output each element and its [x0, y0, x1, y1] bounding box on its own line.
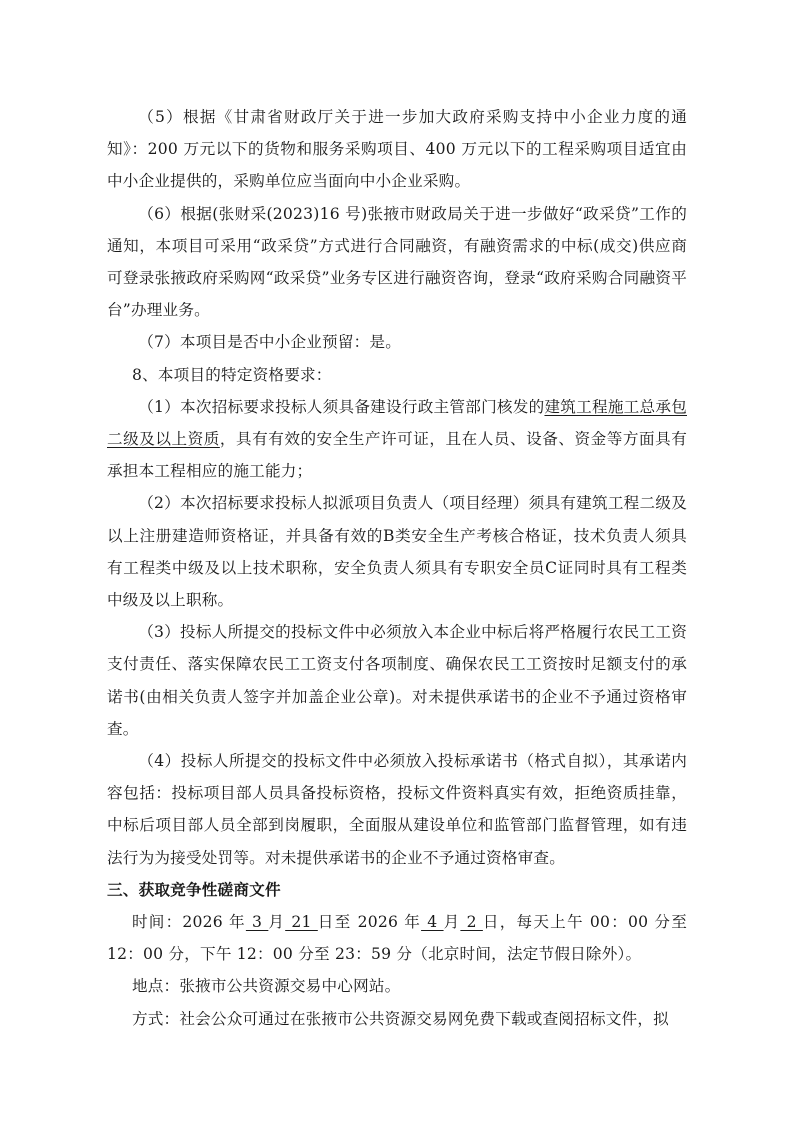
- paragraph-loan-notice: （6）根据(张财采(2023)16 号)张掖市财政局关于进一步做好“政采贷”工作…: [107, 198, 687, 327]
- qualification-3: （3）投标人所提交的投标文件中必须放入本企业中标后将严格履行农民工工资支付责任、…: [107, 616, 687, 745]
- month-char: 月: [268, 913, 285, 931]
- method-paragraph: 方式：社会公众可通过在张掖市公共资源交易网免费下载或查阅招标文件，拟: [107, 1003, 687, 1035]
- to-text: 日至 2026 年: [318, 913, 421, 931]
- section-3-heading: 三、获取竞争性磋商文件: [107, 874, 687, 906]
- paragraph-sme-reserved: （7）本项目是否中小企业预留：是。: [107, 326, 687, 358]
- paragraph-sme-notice: （5）根据《甘肃省财政厅关于进一步加大政府采购支持中小企业力度的通知》：200 …: [107, 101, 687, 198]
- location-paragraph: 地点：张掖市公共资源交易中心网站。: [107, 970, 687, 1002]
- qualification-1: （1）本次招标要求投标人须具备建设行政主管部门核发的建筑工程施工总承包二级及以上…: [107, 391, 687, 488]
- start-month: 3: [246, 913, 268, 931]
- month-char-2: 月: [444, 913, 461, 931]
- document-page: （5）根据《甘肃省财政厅关于进一步加大政府采购支持中小企业力度的通知》：200 …: [107, 101, 687, 1035]
- end-month: 4: [421, 913, 443, 931]
- time-paragraph: 时间：2026 年 3 月 21 日至 2026 年 4 月 2 日，每天上午 …: [107, 906, 687, 970]
- qualification-4: （4）投标人所提交的投标文件中必须放入投标承诺书（格式自拟），其承诺内容包括：投…: [107, 745, 687, 874]
- item-8-heading: 8、本项目的特定资格要求：: [107, 359, 687, 391]
- time-label: 时间：2026 年: [132, 913, 246, 931]
- qualification-1-pre: （1）本次招标要求投标人须具备建设行政主管部门核发的: [138, 398, 544, 416]
- end-day: 2: [460, 913, 482, 931]
- start-day: 21: [285, 913, 318, 931]
- qualification-2: （2）本次招标要求投标人拟派项目负责人（项目经理）须具有建筑工程二级及以上注册建…: [107, 487, 687, 616]
